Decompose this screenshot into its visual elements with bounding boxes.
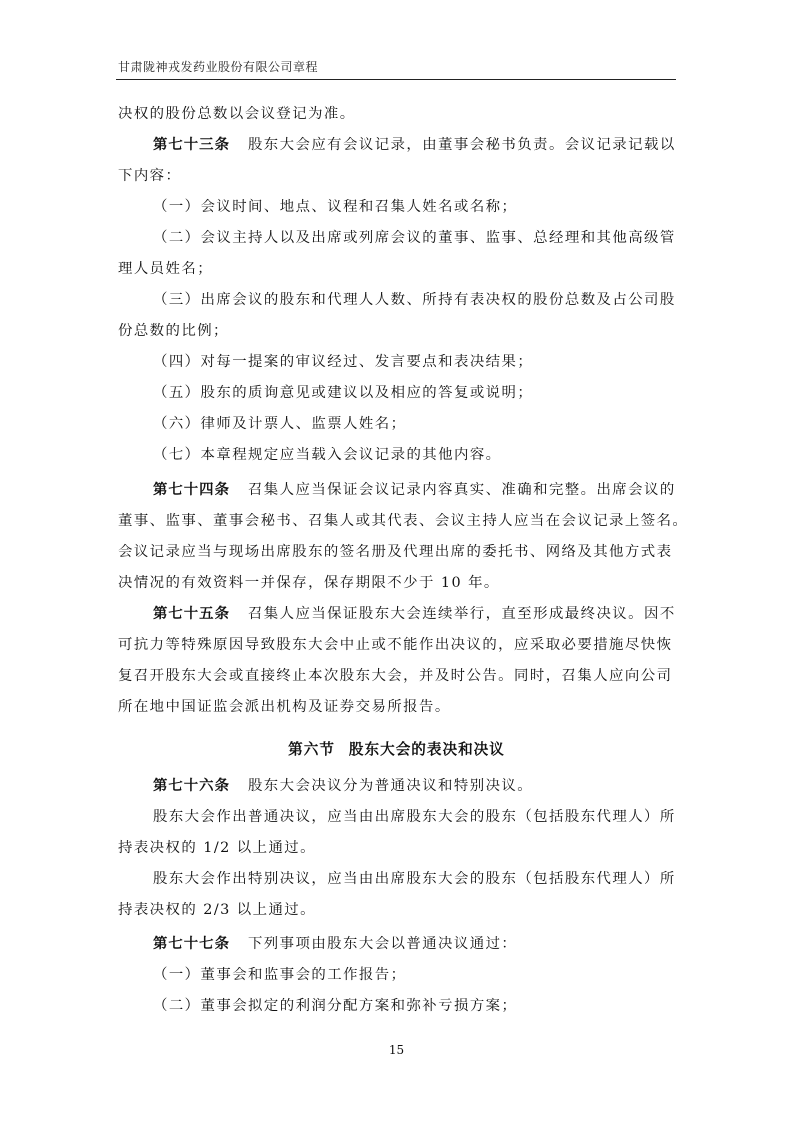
paragraph-line: 所在地中国证监会派出机构及证券交易所报告。	[118, 697, 451, 717]
article-text: 股东大会应有会议记录，由董事会秘书负责。会议记录记载以	[248, 137, 676, 153]
paragraph-line: 决情况的有效资料一并保存，保存期限不少于 10 年。	[118, 573, 500, 593]
list-item: （二）董事会拟定的利润分配方案和弥补亏损方案；	[153, 996, 517, 1016]
paragraph-line: 董事、监事、董事会秘书、召集人或其代表、会议主持人应当在会议记录上签名。	[118, 511, 688, 531]
article-76-line: 第七十六条股东大会决议分为普通决议和特别决议。	[153, 776, 533, 796]
paragraph-line: 理人员姓名；	[118, 259, 213, 279]
paragraph-line: 股东大会作出普通决议，应当由出席股东大会的股东（包括股东代理人）所	[153, 807, 676, 827]
article-77-line: 第七十七条下列事项由股东大会以普通决议通过：	[153, 934, 517, 954]
article-number: 第七十六条	[153, 778, 230, 794]
list-item: （二）会议主持人以及出席或列席会议的董事、监事、总经理和其他高级管	[153, 228, 676, 248]
paragraph-line: 可抗力等特殊原因导致股东大会中止或不能作出决议的，应采取必要措施尽快恢	[118, 635, 672, 655]
article-number: 第七十三条	[153, 137, 230, 153]
article-text: 召集人应当保证股东大会连续举行，直至形成最终决议。因不	[248, 606, 676, 622]
paragraph-line: 持表决权的 2/3 以上通过。	[118, 900, 316, 920]
section-title: 股东大会的表决和决议	[349, 741, 505, 758]
list-item: （三）出席会议的股东和代理人人数、所持有表决权的股份总数及占公司股	[153, 290, 676, 310]
list-item: （七）本章程规定应当载入会议记录的其他内容。	[153, 445, 502, 465]
list-item: （五）股东的质询意见或建议以及相应的答复或说明；	[153, 383, 533, 403]
paragraph-line: 会议记录应当与现场出席股东的签名册及代理出席的委托书、网络及其他方式表	[118, 542, 672, 562]
paragraph-line: 股东大会作出特别决议，应当由出席股东大会的股东（包括股东代理人）所	[153, 869, 676, 889]
section-heading: 第六节股东大会的表决和决议	[0, 738, 793, 759]
list-item: （六）律师及计票人、监票人姓名；	[153, 414, 406, 434]
section-number: 第六节	[288, 741, 335, 758]
article-number: 第七十五条	[153, 606, 230, 622]
header-divider	[116, 79, 676, 80]
article-74-line: 第七十四条召集人应当保证会议记录内容真实、准确和完整。出席会议的	[153, 480, 676, 500]
article-75-line: 第七十五条召集人应当保证股东大会连续举行，直至形成最终决议。因不	[153, 604, 676, 624]
paragraph-line: 份总数的比例；	[118, 321, 229, 341]
article-text: 股东大会决议分为普通决议和特别决议。	[248, 778, 533, 794]
article-number: 第七十四条	[153, 482, 230, 498]
paragraph-line: 持表决权的 1/2 以上通过。	[118, 838, 316, 858]
list-item: （一）董事会和监事会的工作报告；	[153, 965, 406, 985]
paragraph-line: 复召开股东大会或直接终止本次股东大会，并及时公告。同时，召集人应向公司	[118, 666, 672, 686]
article-73-line: 第七十三条股东大会应有会议记录，由董事会秘书负责。会议记录记载以	[153, 135, 676, 155]
paragraph-line: 下内容：	[118, 166, 181, 186]
list-item: （四）对每一提案的审议经过、发言要点和表决结果；	[153, 352, 533, 372]
page-number: 15	[0, 1043, 793, 1057]
document-header: 甘肃陇神戎发药业股份有限公司章程	[118, 58, 318, 75]
article-text: 下列事项由股东大会以普通决议通过：	[248, 936, 517, 952]
article-number: 第七十七条	[153, 936, 230, 952]
article-text: 召集人应当保证会议记录内容真实、准确和完整。出席会议的	[248, 482, 676, 498]
paragraph-line: 决权的股份总数以会议登记为准。	[118, 104, 356, 124]
list-item: （一）会议时间、地点、议程和召集人姓名或名称；	[153, 197, 517, 217]
